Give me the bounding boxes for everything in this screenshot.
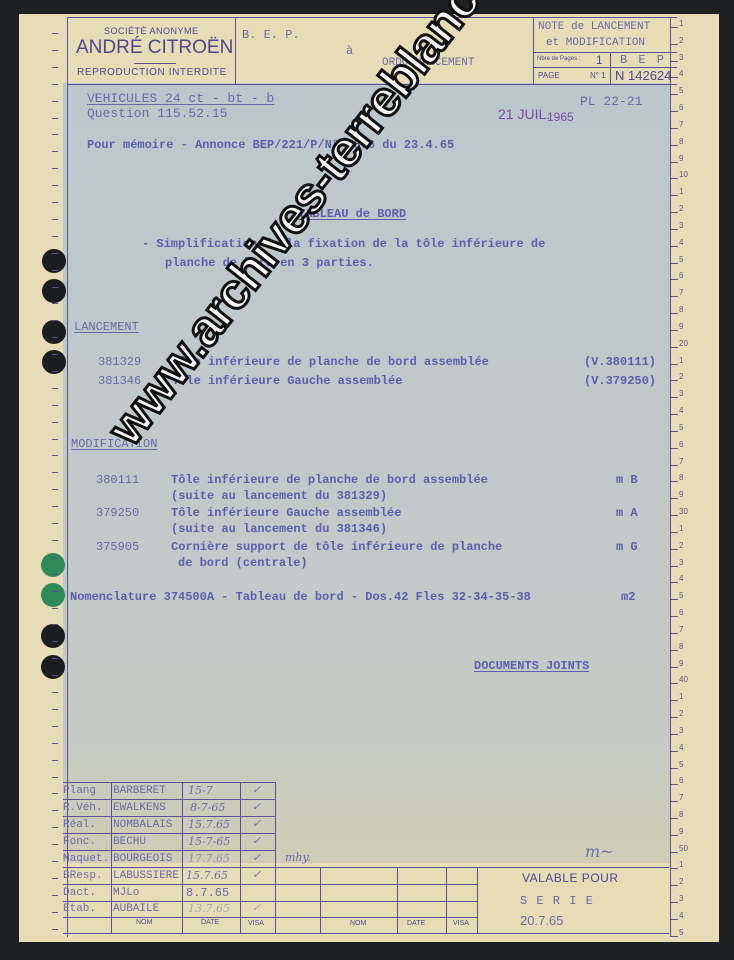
ruler-label: 9	[679, 154, 683, 163]
ruler-label: 2	[679, 709, 683, 718]
ruler-tick	[671, 734, 678, 735]
ruler-tick	[671, 347, 678, 348]
ruler-label: 2	[679, 877, 683, 886]
margin-tick	[52, 405, 58, 406]
modification-code: m B	[616, 473, 638, 487]
approval-grid-line	[320, 867, 321, 933]
approval-date: 15.7.65	[188, 818, 230, 831]
margin-tick	[52, 320, 58, 321]
ruler-tick	[671, 818, 678, 819]
margin-tick	[52, 844, 58, 845]
ruler-tick	[671, 397, 678, 398]
ruler-tick	[671, 263, 678, 264]
margin-tick	[52, 777, 58, 778]
approval-date: 15-7	[188, 784, 213, 797]
punch-hole	[42, 320, 66, 344]
document-type-line2: et MODIFICATION	[546, 37, 645, 49]
ruler-tick	[671, 27, 678, 28]
punch-hole	[42, 279, 66, 303]
ruler-label: 40	[679, 675, 688, 684]
margin-tick	[52, 118, 58, 119]
header-divider	[533, 17, 534, 84]
document-type-line1: NOTE de LANCEMENT	[538, 21, 650, 33]
approval-date: 17.7.65	[188, 852, 230, 865]
ruler-tick	[671, 448, 678, 449]
approval-visa: ✓	[252, 901, 261, 914]
header-divider	[235, 17, 236, 84]
ruler-tick	[671, 885, 678, 886]
page-label: PAGE	[538, 71, 560, 80]
ruler-label: 7	[679, 793, 683, 802]
ruler-label: 4	[679, 574, 683, 583]
company-name: ANDRÉ CITROËN	[76, 37, 233, 59]
ruler-label: 30	[679, 507, 688, 516]
ruler-label: 50	[679, 844, 688, 853]
ruler-tick	[671, 717, 678, 718]
margin-tick	[52, 793, 58, 794]
approval-grid-line	[63, 782, 275, 783]
ruler-tick	[671, 431, 678, 432]
ruler-label: 5	[679, 928, 683, 937]
margin-tick	[52, 388, 58, 389]
date-stamp-day: 21 JUIL.	[498, 106, 550, 122]
part-number: 379250	[96, 506, 139, 520]
ruler-label: 6	[679, 103, 683, 112]
approval-role: Plang	[63, 785, 96, 797]
ruler-label: 6	[679, 271, 683, 280]
validity-signature: m~	[585, 842, 614, 861]
margin-tick	[52, 810, 58, 811]
ruler-label: 3	[679, 389, 683, 398]
company-legal-form: SOCIÉTÉ ANONYME	[104, 26, 199, 36]
approval-date: 8.7.65	[186, 886, 229, 900]
ruler-tick	[671, 532, 678, 533]
margin-tick	[52, 236, 58, 237]
ruler-tick	[671, 633, 678, 634]
description-line1: - Simplification de la fixation de la tô…	[142, 237, 545, 251]
ruler-label: 3	[679, 53, 683, 62]
approval-name: EWALKENS	[113, 802, 166, 814]
approval-role: Fonc.	[63, 836, 96, 848]
approval-date: 13.7.65	[188, 902, 230, 915]
approval-date: 15.7.65	[186, 869, 228, 882]
ruler-tick	[671, 44, 678, 45]
margin-tick	[52, 439, 58, 440]
margin-tick	[52, 641, 58, 642]
part-line1: Tôle inférieure de planche de bord assem…	[171, 473, 488, 487]
ruler-label: 8	[679, 137, 683, 146]
column-header-nom: NOM	[136, 919, 152, 926]
ruler-tick	[671, 768, 678, 769]
reference-code: PL 22-21	[580, 94, 642, 109]
margin-tick	[52, 67, 58, 68]
top-border	[67, 17, 677, 18]
ruler-label: 6	[679, 440, 683, 449]
approval-grid-line	[63, 867, 669, 868]
margin-tick	[52, 827, 58, 828]
department-code: B E P	[620, 53, 666, 67]
ruler-label: 2	[679, 372, 683, 381]
approval-grid-line	[477, 867, 478, 933]
ruler-tick	[671, 246, 678, 247]
margin-tick	[52, 455, 58, 456]
approval-grid-line	[446, 867, 447, 933]
ruler-label: 1	[679, 860, 683, 869]
ruler-label: 7	[679, 457, 683, 466]
validity-type: S E R I E	[520, 894, 594, 908]
margin-tick	[52, 253, 58, 254]
documents-joints-heading: DOCUMENTS JOINTS	[474, 659, 589, 673]
approval-role: Dact.	[63, 887, 96, 899]
modification-code: m G	[616, 540, 638, 554]
ruler-label: 3	[679, 221, 683, 230]
approval-grid-line	[63, 833, 275, 834]
approval-grid-line	[397, 867, 398, 933]
approval-date: 8-7-65	[190, 801, 225, 814]
ruler-tick	[671, 650, 678, 651]
approval-name: BECHU	[113, 836, 146, 848]
margin-tick	[52, 371, 58, 372]
ruler-label: 10	[679, 170, 688, 179]
ruler-label: 9	[679, 322, 683, 331]
ruler-label: 5	[679, 760, 683, 769]
ruler-tick	[671, 296, 678, 297]
ruler-tick	[671, 835, 678, 836]
margin-tick	[52, 895, 58, 896]
ruler-tick	[671, 599, 678, 600]
part-number: 380111	[96, 473, 139, 487]
margin-tick	[52, 557, 58, 558]
ruler-tick	[671, 178, 678, 179]
ruler-label: 2	[679, 36, 683, 45]
approval-role: R.Véh.	[63, 802, 103, 814]
margin-tick	[52, 101, 58, 102]
approval-visa: ✓	[252, 817, 261, 830]
right-margin-line	[670, 17, 671, 937]
logo-underline	[134, 63, 176, 64]
ruler-tick	[671, 582, 678, 583]
column-header-visa: VISA	[248, 920, 264, 927]
ruler-tick	[671, 330, 678, 331]
ruler-tick	[671, 465, 678, 466]
column-header-date: DATE	[407, 920, 425, 927]
margin-tick	[52, 422, 58, 423]
part-reference: (V.379250)	[584, 374, 656, 388]
ruler-tick	[671, 683, 678, 684]
ruler-tick	[671, 667, 678, 668]
margin-tick	[52, 287, 58, 288]
part-line1: Cornière support de tôle inférieure de p…	[171, 540, 502, 554]
margin-tick	[52, 134, 58, 135]
margin-tick	[52, 50, 58, 51]
lancement-heading: LANCEMENT	[74, 320, 139, 334]
column-header-visa: VISA	[453, 920, 469, 927]
ruler-tick	[671, 498, 678, 499]
approval-grid-line	[63, 884, 477, 885]
margin-tick	[52, 270, 58, 271]
margin-tick	[52, 523, 58, 524]
validity-label: VALABLE POUR	[522, 871, 618, 885]
ruler-tick	[671, 279, 678, 280]
margin-tick	[52, 624, 58, 625]
approval-role: Etab.	[63, 903, 96, 915]
margin-tick	[52, 929, 58, 930]
ruler-label: 1	[679, 692, 683, 701]
ruler-tick	[671, 902, 678, 903]
header-grid-line	[610, 52, 611, 84]
margin-tick	[52, 185, 58, 186]
margin-tick	[52, 726, 58, 727]
ruler-tick	[671, 801, 678, 802]
margin-tick	[52, 760, 58, 761]
ruler-tick	[671, 364, 678, 365]
approval-grid-line	[63, 816, 275, 817]
ruler-tick	[671, 481, 678, 482]
handwritten-signature: mhy.	[285, 851, 311, 864]
approval-grid-line	[111, 782, 112, 933]
ruler-label: 8	[679, 305, 683, 314]
ruler-tick	[671, 162, 678, 163]
ruler-label: 8	[679, 642, 683, 651]
approval-visa: ✓	[252, 851, 261, 864]
approval-visa: ✓	[252, 834, 261, 847]
ruler-label: 20	[679, 339, 688, 348]
part-designation: Tôle inférieure de planche de bord assem…	[172, 355, 489, 369]
ruler-tick	[671, 751, 678, 752]
margin-tick	[52, 489, 58, 490]
page-number-label: N° 1	[590, 71, 606, 80]
part-line2: (suite au lancement du 381346)	[171, 522, 387, 536]
ruler-tick	[671, 566, 678, 567]
ruler-tick	[671, 868, 678, 869]
margin-tick	[52, 861, 58, 862]
ruler-tick	[671, 919, 678, 920]
ruler-label: 9	[679, 490, 683, 499]
ruler-label: 3	[679, 558, 683, 567]
margin-tick	[52, 912, 58, 913]
date-stamp-year: 1965	[547, 110, 574, 124]
ruler-label: 6	[679, 776, 683, 785]
approval-visa: ✓	[252, 783, 261, 796]
part-reference: (V.380111)	[584, 355, 656, 369]
question-number: Question 115.52.15	[87, 106, 227, 121]
approval-role: Réal.	[63, 819, 96, 831]
ruler-tick	[671, 313, 678, 314]
ruler-label: 4	[679, 238, 683, 247]
ruler-tick	[671, 616, 678, 617]
ruler-label: 4	[679, 911, 683, 920]
ruler-label: 7	[679, 120, 683, 129]
ruler-tick	[671, 414, 678, 415]
ruler-tick	[671, 111, 678, 112]
margin-tick	[52, 591, 58, 592]
ruler-label: 4	[679, 69, 683, 78]
nomenclature-code: m2	[621, 590, 635, 604]
ruler-label: 3	[679, 726, 683, 735]
margin-tick	[52, 354, 58, 355]
part-number: 381329	[98, 355, 141, 369]
ruler-label: 5	[679, 255, 683, 264]
approval-visa: ✓	[252, 868, 261, 881]
nomenclature-line: Nomenclature 374500A - Tableau de bord -…	[70, 590, 531, 604]
ruler-tick	[671, 784, 678, 785]
part-line1: Tôle inférieure Gauche assemblée	[171, 506, 401, 520]
margin-tick	[52, 675, 58, 676]
ruler-tick	[671, 515, 678, 516]
ruler-tick	[671, 94, 678, 95]
from-department: B. E. P.	[242, 28, 300, 42]
note-number: N 142624	[615, 68, 671, 83]
margin-tick	[52, 337, 58, 338]
reproduction-notice: REPRODUCTION INTERDITE	[77, 67, 227, 78]
ruler-tick	[671, 549, 678, 550]
ruler-label: 4	[679, 406, 683, 415]
margin-tick	[52, 202, 58, 203]
ruler-label: 1	[679, 356, 683, 365]
approval-grid-line	[240, 782, 241, 933]
ruler-tick	[671, 212, 678, 213]
ruler-label: 7	[679, 288, 683, 297]
part-designation: Tôle inférieure Gauche assemblée	[172, 374, 402, 388]
approval-role: BResp.	[63, 870, 103, 882]
ruler-label: 5	[679, 86, 683, 95]
ruler-tick	[671, 852, 678, 853]
approval-name: BOURGEOIS	[113, 853, 172, 865]
approval-date: 15-7-65	[188, 835, 230, 848]
ruler-tick	[671, 77, 678, 78]
margin-tick	[52, 219, 58, 220]
column-header-date: DATE	[201, 919, 219, 926]
margin-tick	[52, 692, 58, 693]
memo-line: Pour mémoire - Annonce BEP/221/P/N° 5876…	[87, 138, 454, 152]
margin-tick	[52, 506, 58, 507]
approval-name: LABUSSIERE	[113, 870, 179, 882]
approval-grid-line	[182, 782, 183, 933]
margin-tick	[52, 540, 58, 541]
approval-grid-line	[63, 850, 275, 851]
punch-hole	[41, 583, 65, 607]
margin-tick	[52, 574, 58, 575]
vehicles-line: VEHICULES 24 ct - bt - b	[87, 91, 274, 106]
ruler-tick	[671, 229, 678, 230]
approval-grid-line	[63, 799, 275, 800]
approval-visa: ✓	[252, 800, 261, 813]
approval-grid-line	[63, 901, 477, 902]
ruler-label: 1	[679, 19, 683, 28]
ruler-label: 6	[679, 608, 683, 617]
ruler-tick	[671, 195, 678, 196]
pages-count-label: Nbre de Pages :	[537, 56, 580, 62]
ruler-tick	[671, 380, 678, 381]
ruler-tick	[671, 936, 678, 937]
margin-tick	[52, 33, 58, 34]
approval-grid-line	[275, 782, 276, 933]
column-header-nom: NOM	[350, 920, 366, 927]
ruler-label: 7	[679, 625, 683, 634]
margin-tick	[52, 84, 58, 85]
to-label: à	[346, 44, 353, 58]
ruler-label: 8	[679, 473, 683, 482]
margin-tick	[52, 743, 58, 744]
margin-tick	[52, 472, 58, 473]
ruler-label: 4	[679, 743, 683, 752]
margin-tick	[52, 608, 58, 609]
ruler-label: 5	[679, 591, 683, 600]
approval-name: AUBAILE	[113, 903, 159, 915]
approval-name: MJLo	[113, 887, 139, 899]
margin-tick	[52, 878, 58, 879]
ruler-label: 2	[679, 204, 683, 213]
margin-tick	[52, 658, 58, 659]
ruler-label: 2	[679, 541, 683, 550]
margin-tick	[52, 151, 58, 152]
margin-tick	[52, 168, 58, 169]
ruler-label: 1	[679, 187, 683, 196]
approval-grid-line	[63, 933, 669, 934]
part-line2: (suite au lancement du 381329)	[171, 489, 387, 503]
approval-name: BARBERET	[113, 785, 166, 797]
part-number: 375905	[96, 540, 139, 554]
approval-name: NOMBALAIS	[113, 819, 172, 831]
validity-date: 20.7.65	[520, 913, 563, 928]
ruler-label: 9	[679, 827, 683, 836]
ruler-label: 1	[679, 524, 683, 533]
margin-tick	[52, 303, 58, 304]
ruler-tick	[671, 128, 678, 129]
ruler-tick	[671, 700, 678, 701]
ruler-label: 3	[679, 894, 683, 903]
part-line2: de bord (centrale)	[178, 556, 308, 570]
pages-count-value: 1	[596, 53, 603, 67]
ruler-label: 9	[679, 659, 683, 668]
modification-code: m A	[616, 506, 638, 520]
ruler-tick	[671, 61, 678, 62]
punch-hole	[41, 624, 65, 648]
approval-grid-line	[63, 917, 477, 918]
approval-role: Maquet.	[63, 853, 109, 865]
ruler-label: 5	[679, 423, 683, 432]
margin-tick	[52, 709, 58, 710]
ruler-tick	[671, 145, 678, 146]
ruler-label: 8	[679, 810, 683, 819]
